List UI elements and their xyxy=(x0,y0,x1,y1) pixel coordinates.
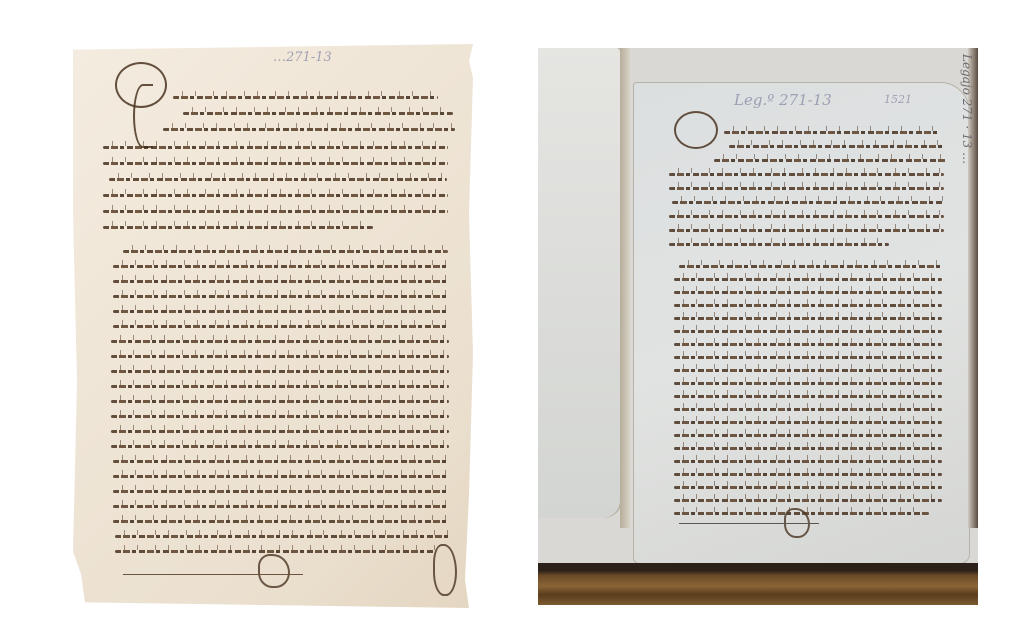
pencil-catalog-number: Leg.º 271-13 xyxy=(734,91,832,109)
pencil-year: 1521 xyxy=(884,93,912,106)
pencil-catalog-number: …271-13 xyxy=(273,50,332,65)
manuscript-photo-right: Leg.º 271-13 1521 xyxy=(538,48,978,605)
closing-rule xyxy=(123,574,303,575)
folder-gutter xyxy=(620,48,630,528)
wooden-desk xyxy=(538,563,978,605)
manuscript-photo-left: …271-13 xyxy=(73,44,473,608)
decorated-initial xyxy=(674,111,718,149)
archive-folder-flap xyxy=(538,48,620,518)
manuscript-page: Leg.º 271-13 1521 xyxy=(633,82,970,564)
margin-flourish xyxy=(433,544,457,596)
initial-flourish xyxy=(133,84,153,148)
vertical-margin-note: Legajo 271 · 13 … xyxy=(960,54,974,164)
closing-rule xyxy=(679,523,819,524)
signature-flourish xyxy=(258,554,290,588)
